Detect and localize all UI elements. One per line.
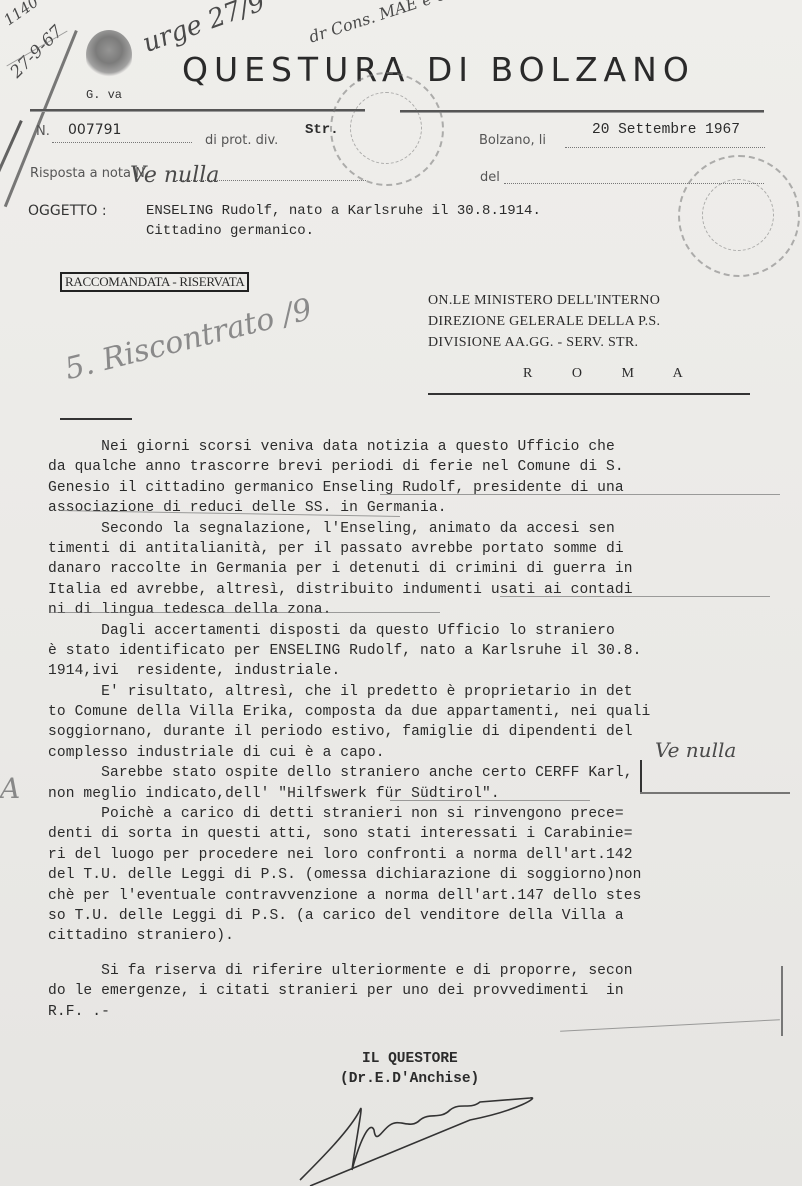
number-label: N. (36, 124, 50, 139)
body-line: denti di sorta in questi atti, sono stat… (48, 824, 788, 844)
pencil-underline (390, 800, 590, 801)
cerff-bracket (640, 760, 642, 792)
letterhead-title: QUESTURA DI BOLZANO (182, 50, 695, 89)
del-label: del (480, 170, 500, 185)
body-line: to Comune della Villa Erika, composta da… (48, 702, 788, 722)
body-line: R.F. .- (48, 1002, 788, 1022)
protocol-number: 007791 (68, 122, 121, 138)
body-line: do le emergenze, i citati stranieri per … (48, 981, 788, 1001)
body-line: chè per l'eventuale contravvenzione a no… (48, 886, 788, 906)
subject-line-1: ENSELING Rudolf, nato a Karlsruhe il 30.… (146, 203, 541, 219)
body-line: Nei giorni scorsi veniva data notizia a … (48, 437, 788, 457)
paragraph-2: Secondo la segnalazione, l'Enseling, ani… (48, 519, 788, 621)
document-page: 1140 27-9-67 G. va urge 27/9 dr Cons. MA… (0, 0, 802, 1186)
number-dots (52, 142, 192, 143)
paragraph-7: Si fa riserva di riferire ulteriormente … (48, 961, 788, 1022)
body-line: Secondo la segnalazione, l'Enseling, ani… (48, 519, 788, 539)
handwritten-margin-letter: A (0, 772, 20, 805)
classification-box: RACCOMANDATA - RISERVATA (60, 272, 249, 292)
recipient-address: ON.LE MINISTERO DELL'INTERNO DIREZIONE G… (428, 290, 660, 353)
paragraph-5: Sarebbe stato ospite dello straniero anc… (48, 763, 788, 804)
letter-date: 20 Settembre 1967 (592, 122, 740, 138)
postal-stamp (330, 72, 444, 186)
body-line: da qualche anno trascorre brevi periodi … (48, 457, 788, 477)
body-line: associazione di reduci delle SS. in Germ… (48, 498, 788, 518)
recipient-line-3: DIVISIONE AA.GG. - SERV. STR. (428, 332, 660, 353)
body-line: Sarebbe stato ospite dello straniero anc… (48, 763, 788, 783)
body-line: so T.U. delle Leggi di P.S. (a carico de… (48, 906, 788, 926)
paragraph-1: Nei giorni scorsi veniva data notizia a … (48, 437, 788, 519)
pencil-underline (380, 494, 780, 495)
emblem-caption: G. va (86, 88, 122, 102)
recipient-line-1: ON.LE MINISTERO DELL'INTERNO (428, 290, 660, 311)
prot-division: Str. (305, 122, 339, 138)
body-line: Si fa riserva di riferire ulteriormente … (48, 961, 788, 981)
body-line: ri del luogo per procedere nei loro conf… (48, 845, 788, 865)
state-emblem-icon (86, 30, 132, 80)
handwritten-signature (290, 1090, 610, 1186)
header-rule-right (400, 110, 764, 113)
handwritten-corner-number: 1140 (0, 0, 42, 29)
prot-label: di prot. div. (205, 133, 278, 148)
body-line: timenti di antitalianità, per il passato… (48, 539, 788, 559)
signature-block: IL QUESTORE (Dr.E.D'Anchise) (340, 1049, 479, 1089)
body-line: Italia ed avrebbe, altresì, distribuito … (48, 580, 788, 600)
paragraph-6: Poichè a carico di detti stranieri non s… (48, 804, 788, 947)
body-line: E' risultato, altresì, che il predetto è… (48, 682, 788, 702)
recipient-line-2: DIREZIONE GELERALE DELLA P.S. (428, 311, 660, 332)
place-label: Bolzano, li (479, 133, 546, 148)
subject-label: OGGETTO : (28, 203, 107, 219)
recipient-city: R O M A (523, 366, 701, 382)
body-line: è stato identificato per ENSELING Rudolf… (48, 641, 788, 661)
paragraph-3: Dagli accertamenti disposti da questo Uf… (48, 621, 788, 682)
handwritten-top-right: dr Cons. MAE e conag (307, 0, 485, 47)
subject-line-2: Cittadino germanico. (146, 223, 314, 239)
body-line: danaro raccolte in Germania per i detenu… (48, 559, 788, 579)
margin-vertical-stroke (781, 966, 783, 1036)
body-line: Genesio il cittadino germanico Enseling … (48, 478, 788, 498)
handwritten-cerff-note: Ve nulla (655, 738, 736, 762)
handwritten-margin-note: 5. Riscontrato /9 (62, 292, 316, 387)
registry-stamp (678, 155, 800, 277)
pencil-underline (500, 596, 770, 597)
handwritten-reply-note: Ve nulla (130, 163, 219, 188)
body-line: cittadino straniero). (48, 926, 788, 946)
recipient-rule (428, 393, 750, 395)
signatory-name: (Dr.E.D'Anchise) (340, 1069, 479, 1089)
pencil-underline (50, 612, 440, 613)
body-line: ni di lingua tedesca della zona. (48, 600, 788, 620)
header-rule (30, 109, 365, 112)
pencil-underline (640, 792, 790, 794)
signatory-title: IL QUESTORE (340, 1049, 479, 1069)
body-line: Poichè a carico di detti stranieri non s… (48, 804, 788, 824)
body-line: Dagli accertamenti disposti da questo Uf… (48, 621, 788, 641)
body-line: del T.U. delle Leggi di P.S. (omessa dic… (48, 865, 788, 885)
separator-rule (60, 418, 132, 420)
body-line: 1914,ivi residente, industriale. (48, 661, 788, 681)
date-dots (565, 147, 765, 148)
letter-body: Nei giorni scorsi veniva data notizia a … (48, 437, 788, 1022)
